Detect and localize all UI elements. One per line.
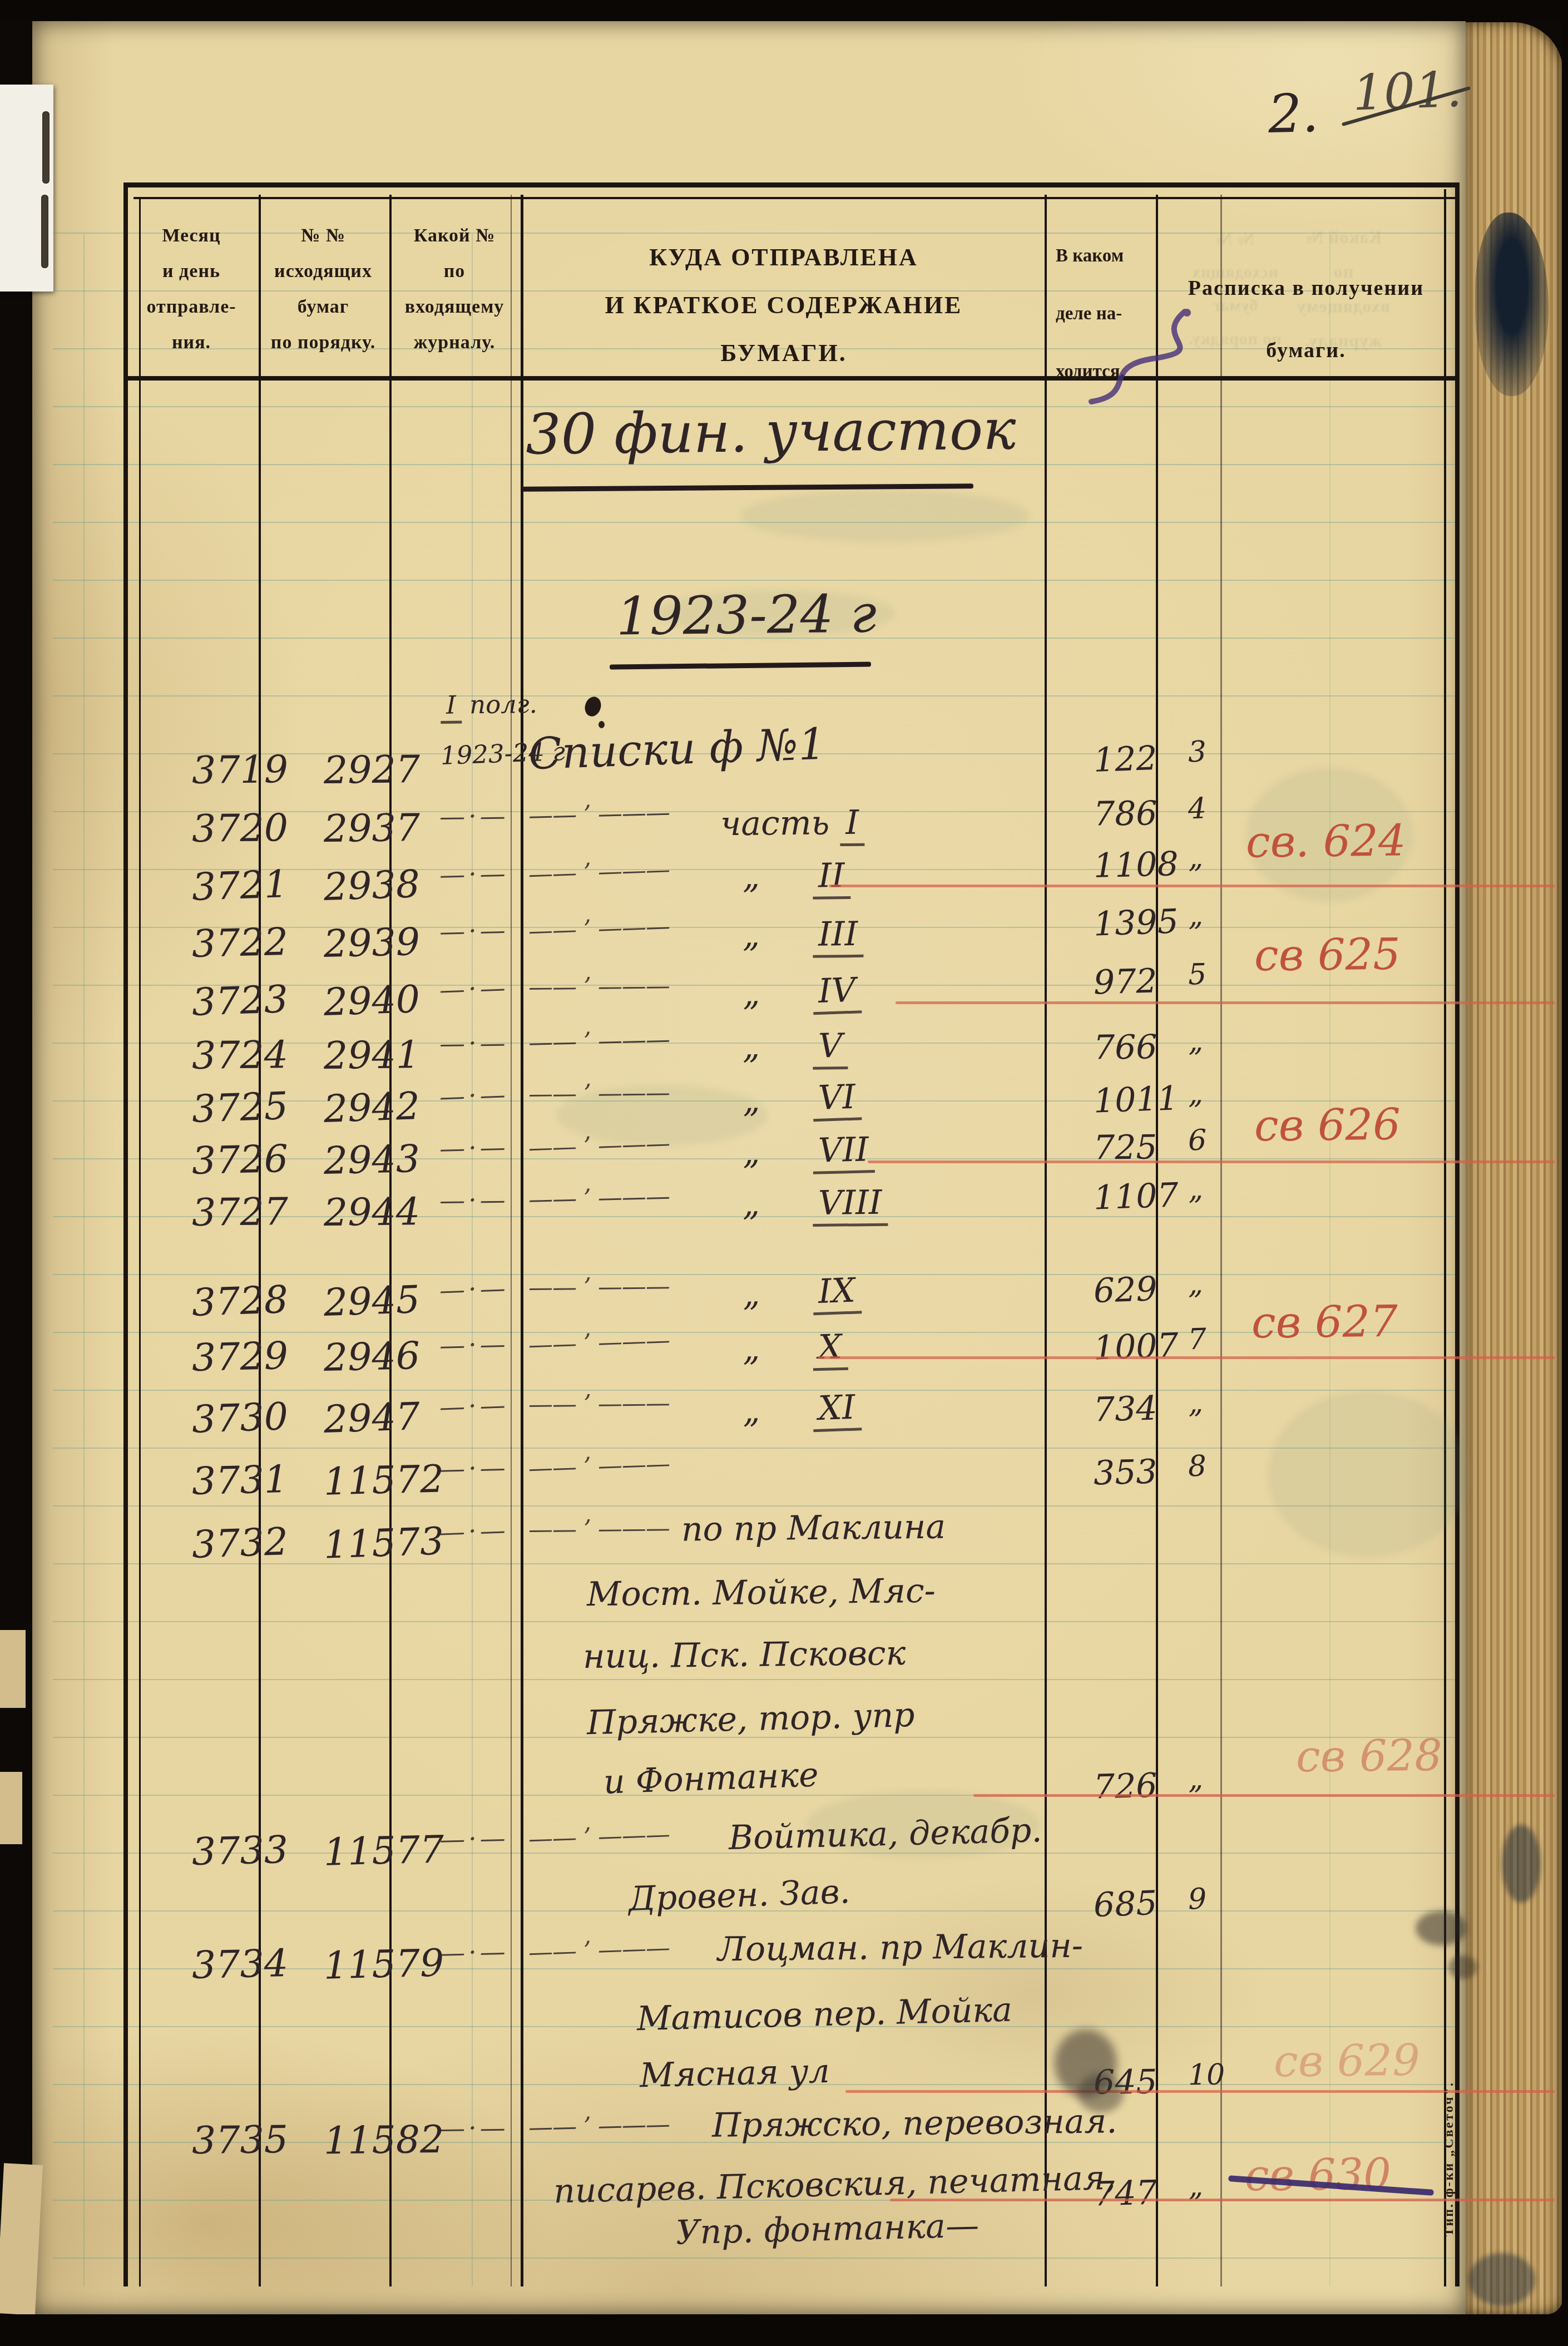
ink-stain-fore-edge	[1502, 1825, 1541, 1903]
ruled-line-vertical	[1329, 234, 1330, 2286]
ditto-mark: —— ’ ———	[528, 1934, 670, 1967]
cell-content-line: „III	[743, 915, 864, 955]
cell-file-no: 685	[1093, 1884, 1158, 1925]
cell-outgoing-no: 2941	[324, 1033, 421, 1078]
staple	[41, 195, 48, 268]
cell-dispatch-no: 3729	[191, 1334, 289, 1380]
cell-content-line: Дровен. Зав.	[628, 1872, 851, 1919]
cell-outgoing-no: 2939	[323, 920, 421, 966]
cell-dispatch-no: 3728	[191, 1278, 289, 1325]
cell-content-line: „II	[743, 856, 850, 896]
cell-outgoing-no: 2945	[323, 1278, 421, 1325]
ruled-line	[53, 1621, 1457, 1622]
torn-paper-edge	[0, 1630, 26, 1708]
cell-file-no: 1011	[1093, 1079, 1179, 1120]
ditto-mark: —— ’ ———	[528, 1079, 670, 1109]
cell-outgoing-no: 2942	[323, 1084, 421, 1132]
ink-flourish	[1068, 306, 1235, 406]
cell-outgoing-no: 2938	[323, 862, 421, 910]
table-border-top-inner	[133, 197, 1456, 199]
column-divider-3-inner	[511, 195, 512, 2286]
cell-content-line: Лоцман. пр Маклин-	[718, 1927, 1084, 1969]
cell-receipt-note: св 628	[1296, 1731, 1443, 1782]
cell-outgoing-no: 11573	[323, 1519, 445, 1568]
cell-dispatch-no: 3727	[192, 1190, 289, 1235]
cell-receipt-note: св 630	[1245, 2150, 1392, 2201]
column-divider-5	[1156, 195, 1158, 2286]
cell-dispatch-no: 3725	[191, 1084, 289, 1132]
cell-content-line: Списки ф №1	[528, 719, 827, 780]
cell-receipt-note: св 626	[1254, 1100, 1401, 1152]
ditto-mark: —— ’ ———	[528, 972, 670, 1002]
ditto-mark: —·—	[439, 1515, 509, 1547]
scanned-ledger-page: Месяц и день отправле- ния. № № исходящи…	[0, 0, 1568, 2346]
cell-outgoing-no: 11577	[323, 1828, 444, 1874]
ruled-line	[53, 1679, 1457, 1680]
ditto-mark: —·—	[439, 1132, 509, 1163]
ink-stain-fore-edge	[1468, 2253, 1535, 2306]
cell-file-seq: „	[1188, 1267, 1204, 1301]
table-border-top	[123, 182, 1460, 187]
cell-file-no: 786	[1094, 794, 1158, 833]
red-underline	[868, 1160, 1555, 1163]
cell-file-seq: 6	[1188, 1124, 1207, 1157]
cell-file-no: 353	[1093, 1453, 1158, 1493]
ditto-mark: —— ’ ———	[528, 1450, 670, 1483]
header-col-destination: КУДА ОТПРАВЛЕНА И КРАТКОЕ СОДЕРЖАНИЕ БУМ…	[526, 234, 1042, 377]
cell-file-no: 1108	[1093, 844, 1179, 886]
ruled-line	[53, 1448, 1457, 1449]
cell-content-line: „VII	[742, 1130, 874, 1172]
cell-file-seq: „	[1188, 1025, 1203, 1059]
section-title: 30 фин. участок	[525, 397, 1016, 467]
cell-file-no: 726	[1093, 1766, 1158, 1807]
scan-background-right	[1562, 0, 1568, 2346]
ditto-mark: —·—	[439, 1452, 509, 1484]
cell-content-line: „IV	[742, 970, 862, 1013]
cell-file-no: 122	[1093, 739, 1158, 780]
cell-outgoing-no: 2944	[324, 1190, 421, 1235]
cell-content-line: „VI	[742, 1077, 862, 1120]
ruled-line-vertical	[472, 234, 473, 2286]
ditto-mark: —— ’ ———	[528, 1326, 670, 1360]
cell-receipt-note: св. 624	[1246, 816, 1406, 867]
ditto-mark: —·—	[439, 1184, 509, 1215]
cell-dispatch-no: 3733	[191, 1828, 289, 1874]
smudge	[1078, 2074, 1124, 2113]
cell-file-seq: „	[1188, 899, 1204, 933]
ditto-mark: —— ’ ———	[528, 1272, 670, 1302]
cell-content-line: Упр. фонтанка—	[675, 2206, 980, 2252]
ditto-mark: —— ’ ———	[528, 1025, 670, 1057]
cell-journal-note: I полг.	[441, 689, 537, 720]
cell-content-line: „XI	[742, 1387, 862, 1430]
ditto-mark: —— ’ ———	[528, 798, 670, 830]
smudge	[1416, 1911, 1467, 1945]
cell-file-no: 629	[1093, 1270, 1158, 1311]
cell-dispatch-no: 3724	[192, 1033, 289, 1078]
cell-file-seq: 10	[1188, 2058, 1225, 2092]
cell-file-no: 766	[1094, 1028, 1158, 1067]
red-underline	[896, 1001, 1555, 1004]
cell-file-no: 1107	[1093, 1176, 1179, 1217]
column-divider-4	[1045, 195, 1047, 2286]
cell-content-line: „VIII	[743, 1183, 888, 1224]
ditto-mark: —·—	[439, 1028, 509, 1058]
cell-file-seq: 3	[1188, 735, 1207, 769]
ditto-mark: —·—	[439, 2112, 509, 2143]
ditto-mark: —— ’ ———	[528, 856, 670, 889]
cell-content-line: „X	[742, 1327, 848, 1369]
staple	[42, 111, 50, 184]
cell-dispatch-no: 3726	[191, 1137, 289, 1183]
ditto-mark: —— ’ ———	[528, 1389, 670, 1419]
cell-file-no: 1395	[1093, 902, 1179, 944]
old-folio-number: 101.	[1352, 61, 1462, 122]
cell-receipt-note: св 629	[1274, 2036, 1421, 2087]
cell-content-line: Мясная ул	[639, 2052, 830, 2095]
cell-outgoing-no: 2946	[323, 1334, 421, 1380]
cell-content-line: Пряжке, тор. упр	[586, 1696, 915, 1742]
cell-dispatch-no: 3734	[191, 1942, 289, 1988]
bleed-through-smudge	[740, 490, 1029, 542]
ditto-mark: —— ’ ———	[528, 2110, 670, 2142]
cell-content-line: Войтика, декабр.	[728, 1811, 1042, 1858]
ditto-mark: —·—	[439, 1823, 509, 1854]
ditto-mark: —·—	[439, 1273, 509, 1305]
cell-file-seq: 9	[1188, 1883, 1207, 1917]
cell-file-seq: 8	[1188, 1449, 1207, 1483]
ditto-mark: —·—	[439, 1328, 509, 1360]
cell-content-line: по пр Маклина	[681, 1508, 946, 1549]
cell-dispatch-no: 3730	[191, 1395, 289, 1442]
column-divider-6	[1220, 195, 1222, 2286]
bleed-through-text: Какой № по входящему журналу.	[1279, 220, 1407, 358]
cell-content-line: Мост. Мойке, Мяс-	[587, 1572, 936, 1614]
cell-outgoing-no: 2927	[324, 748, 421, 793]
ruled-line	[53, 2258, 1457, 2259]
cell-dispatch-no: 3732	[191, 1520, 289, 1567]
cell-dispatch-no: 3721	[191, 862, 289, 910]
cell-file-no: 1007	[1093, 1326, 1179, 1367]
cell-dispatch-no: 3731	[191, 1458, 289, 1504]
red-underline	[818, 1356, 1555, 1359]
cell-file-no: 972	[1093, 962, 1158, 1002]
section-year: 1923-24 г	[616, 584, 877, 648]
cell-file-seq: „	[1188, 1386, 1204, 1420]
cell-outgoing-no: 2940	[323, 977, 421, 1025]
header-col-outgoing-no: № № исходящих бумаг по порядку.	[260, 218, 386, 360]
cell-dispatch-no: 3723	[191, 977, 289, 1025]
cell-outgoing-no: 2937	[324, 806, 421, 851]
cell-file-seq: 4	[1188, 792, 1207, 826]
ditto-mark: —— ’ ———	[528, 912, 670, 946]
cell-dispatch-no: 3722	[191, 920, 289, 966]
scan-background-bottom	[0, 2314, 1568, 2346]
cell-file-seq: „	[1188, 1762, 1203, 1796]
cell-outgoing-no: 11572	[323, 1457, 444, 1504]
column-divider-3	[521, 195, 523, 2286]
bleed-through-smudge	[1268, 1391, 1468, 1558]
ditto-mark: —·—	[439, 915, 509, 946]
cell-dispatch-no: 3719	[192, 748, 289, 793]
ditto-mark: —·—	[439, 858, 509, 890]
cell-dispatch-no: 3735	[192, 2118, 289, 2163]
ruled-line	[53, 1505, 1457, 1507]
table-border-left-inner	[139, 198, 141, 2286]
cell-outgoing-no: 2947	[323, 1395, 421, 1442]
torn-paper-edge	[0, 1772, 22, 1844]
red-underline	[829, 885, 1555, 887]
ruled-line-vertical	[83, 234, 85, 2286]
cell-file-seq: „	[1188, 1077, 1204, 1110]
printers-imprint: Тип. ф-ки „Светоч".	[1442, 1958, 1457, 2236]
ditto-mark: —·—	[439, 1390, 509, 1422]
cell-content-line: ниц. Пск. Псковск	[583, 1634, 906, 1676]
cell-file-seq: 7	[1188, 1322, 1207, 1356]
ruled-line	[53, 580, 1457, 581]
ditto-mark: —·—	[439, 1079, 509, 1112]
cell-content-line: Пряжско, перевозная.	[712, 2102, 1117, 2145]
ditto-mark: —— ’ ———	[528, 1820, 670, 1854]
cell-content-line: и Фонтанке	[603, 1755, 819, 1801]
cell-receipt-note: св 625	[1254, 930, 1401, 981]
ditto-mark: —·—	[439, 801, 509, 831]
cell-file-seq: 5	[1188, 958, 1207, 992]
cell-file-seq: „	[1188, 841, 1203, 875]
cell-receipt-note: св 627	[1252, 1297, 1398, 1349]
ditto-mark: —— ’ ———	[528, 1182, 670, 1214]
cell-outgoing-no: 2943	[323, 1137, 421, 1183]
ruled-line	[53, 1390, 1457, 1391]
header-col-dispatch-date: Месяц и день отправле- ния.	[129, 218, 254, 360]
ditto-mark: —— ’ ———	[528, 1129, 670, 1163]
table-border-left	[123, 182, 128, 2286]
ink-blot	[598, 721, 605, 728]
cell-outgoing-no: 11582	[324, 2118, 444, 2163]
ruled-line	[53, 695, 1457, 697]
folio-number: 2.	[1268, 83, 1319, 145]
ditto-mark: —·—	[439, 972, 509, 1005]
cell-content-line: часть I	[720, 803, 865, 844]
cell-content-line: „V	[743, 1026, 848, 1066]
cell-dispatch-no: 3720	[192, 806, 289, 851]
cell-file-no: 747	[1093, 2174, 1158, 2214]
cell-file-no: 734	[1093, 1389, 1158, 1430]
ditto-mark: —— ’ ———	[528, 1514, 670, 1544]
cell-file-seq: „	[1188, 1173, 1204, 1207]
cell-outgoing-no: 11579	[323, 1941, 444, 1988]
red-underline	[973, 1794, 1555, 1797]
cell-content-line: „IX	[742, 1271, 862, 1313]
ditto-mark: —·—	[439, 1936, 509, 1968]
scan-background-top	[0, 0, 1568, 21]
header-col-incoming-journal: Какой № по входящему журналу.	[392, 218, 517, 360]
